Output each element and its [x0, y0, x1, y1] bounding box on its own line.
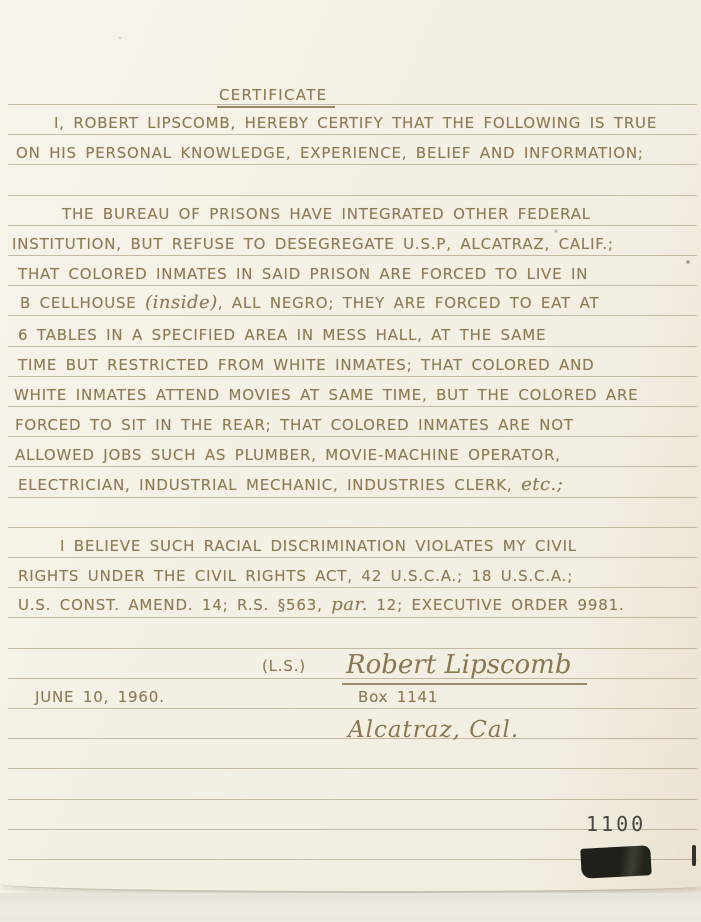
ruled-line: Alcatraz, Cal. — [8, 708, 697, 739]
handwritten-line: ON HIS PERSONAL KNOWLEDGE, EXPERIENCE, B… — [16, 144, 644, 162]
ruled-line — [8, 165, 697, 196]
ruled-line: WHITE INMATES ATTEND MOVIES AT SAME TIME… — [8, 376, 697, 407]
handwritten-line: WHITE INMATES ATTEND MOVIES AT SAME TIME… — [14, 386, 638, 404]
handwritten-line: B CELLHOUSE (inside), ALL NEGRO; THEY AR… — [20, 292, 599, 313]
ruled-line: FORCED TO SIT IN THE REAR; THAT COLORED … — [8, 406, 697, 437]
ruled-line: TIME BUT RESTRICTED FROM WHITE INMATES; … — [8, 346, 697, 377]
handwritten-line: THAT COLORED INMATES IN SAID PRISON ARE … — [18, 265, 588, 283]
ruled-line: 1100 — [8, 799, 697, 830]
handwritten-line: RIGHTS UNDER THE CIVIL RIGHTS ACT, 42 U.… — [18, 567, 573, 585]
handwritten-line: I BELIEVE SUCH RACIAL DISCRIMINATION VIO… — [60, 537, 577, 555]
seal-abbreviation: (L.S.) — [262, 657, 306, 675]
handwritten-line: U.S. CONST. AMEND. 14; R.S. §563, par. 1… — [18, 594, 625, 615]
ruled-line: 6 TABLES IN A SPECIFIED AREA IN MESS HAL… — [8, 316, 697, 347]
handwritten-line: 6 TABLES IN A SPECIFIED AREA IN MESS HAL… — [18, 326, 546, 344]
ruled-line: B CELLHOUSE (inside), ALL NEGRO; THEY AR… — [8, 285, 697, 316]
ruled-line: JUNE 10, 1960.Box 1141 — [8, 678, 697, 709]
paper-bottom-edge — [0, 883, 701, 893]
handwritten-line: ELECTRICIAN, INDUSTRIAL MECHANIC, INDUST… — [18, 474, 563, 495]
ruled-line — [8, 618, 697, 649]
ruled-line: RIGHTS UNDER THE CIVIL RIGHTS ACT, 42 U.… — [8, 557, 697, 588]
handwritten-line: ALLOWED JOBS SUCH AS PLUMBER, MOVIE-MACH… — [15, 446, 561, 464]
printed-word: 12; EXECUTIVE ORDER 9981. — [368, 596, 625, 614]
cursive-word: (inside) — [145, 292, 218, 313]
cursive-word: etc.; — [521, 474, 563, 495]
ruled-line: THAT COLORED INMATES IN SAID PRISON ARE … — [8, 255, 697, 286]
scan-edge-artifact — [692, 845, 696, 866]
handwritten-line: INSTITUTION, BUT REFUSE TO DESEGREGATE U… — [12, 235, 614, 253]
handwritten-line: FORCED TO SIT IN THE REAR; THAT COLORED … — [15, 416, 574, 434]
ruled-line: ELECTRICIAN, INDUSTRIAL MECHANIC, INDUST… — [8, 467, 697, 498]
date-text: JUNE 10, 1960. — [35, 688, 165, 706]
scanner-background-strip — [0, 893, 701, 922]
printed-word: ELECTRICIAN, INDUSTRIAL MECHANIC, INDUST… — [18, 476, 521, 494]
cursive-word: par. — [331, 594, 368, 615]
box-number-text: Box 1141 — [358, 688, 438, 706]
ruled-line: CERTIFICATE — [8, 74, 697, 105]
ruled-line: (L.S.)Robert Lipscomb — [8, 648, 697, 679]
scanned-document-page: CERTIFICATEI, ROBERT LIPSCOMB, HEREBY CE… — [0, 0, 701, 922]
printed-word: , ALL NEGRO; THEY ARE FORCED TO EAT AT — [218, 294, 600, 312]
ruled-line: I, ROBERT LIPSCOMB, HEREBY CERTIFY THAT … — [8, 104, 697, 135]
ruled-line: U.S. CONST. AMEND. 14; R.S. §563, par. 1… — [8, 587, 697, 618]
printed-word: B CELLHOUSE — [20, 294, 145, 312]
ruled-line — [8, 738, 697, 769]
redaction-mark — [580, 845, 651, 879]
printed-word: U.S. CONST. AMEND. 14; R.S. §563, — [18, 596, 331, 614]
ruled-line: I BELIEVE SUCH RACIAL DISCRIMINATION VIO… — [8, 527, 697, 558]
ruled-line — [8, 497, 697, 528]
handwritten-line: THE BUREAU OF PRISONS HAVE INTEGRATED OT… — [62, 205, 591, 223]
ruled-line: INSTITUTION, BUT REFUSE TO DESEGREGATE U… — [8, 225, 697, 256]
ruled-line: ALLOWED JOBS SUCH AS PLUMBER, MOVIE-MACH… — [8, 436, 697, 467]
ruled-line: ON HIS PERSONAL KNOWLEDGE, EXPERIENCE, B… — [8, 134, 697, 165]
handwritten-line: TIME BUT RESTRICTED FROM WHITE INMATES; … — [18, 356, 594, 374]
ruled-line: THE BUREAU OF PRISONS HAVE INTEGRATED OT… — [8, 195, 697, 226]
ruled-line — [8, 769, 697, 800]
handwritten-line: I, ROBERT LIPSCOMB, HEREBY CERTIFY THAT … — [54, 114, 657, 132]
